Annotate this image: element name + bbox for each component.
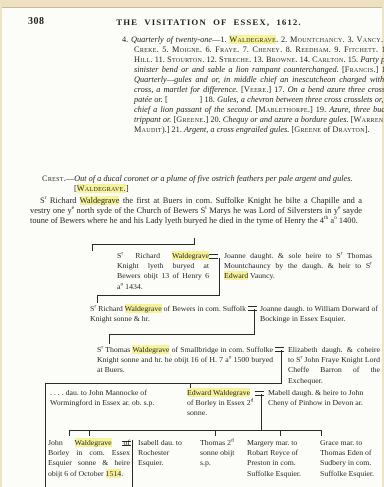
text-run: Argent, a cross engrailed gules. xyxy=(184,125,289,134)
marriage-sign xyxy=(255,391,264,396)
person-john-waldegrave: John Waldegrave of Borley in com. Essex … xyxy=(48,438,130,479)
text-run: Edward Waldegrave xyxy=(187,388,250,397)
spouse-joanne-mountchauncy: Joanne daught. & sole heire to Sr Thomas… xyxy=(224,251,372,282)
text-run: sonne obijt s.p. xyxy=(200,448,234,467)
text-run: Waldegrave xyxy=(132,345,169,354)
marriage-sign xyxy=(275,347,284,352)
text-run: . xyxy=(121,469,123,478)
text-run: Greene xyxy=(294,125,321,134)
text-run: . 8. xyxy=(280,45,295,54)
text-run: Richard xyxy=(123,251,172,260)
text-run: Creke xyxy=(134,45,157,54)
text-run: ).] 21. xyxy=(162,125,184,134)
text-run: Out of a ducal coronet or a plume of fiv… xyxy=(74,174,352,183)
text-run: ]. xyxy=(365,125,370,134)
text-run: .] 20. xyxy=(203,115,222,124)
text-run: r xyxy=(370,261,372,267)
text-run: Hill xyxy=(134,55,151,64)
text-run: sonne. xyxy=(187,408,207,417)
text-run: d xyxy=(231,437,234,443)
text-run: John Fraye Knight Lord Cheffe Barron of … xyxy=(288,355,380,384)
text-run: Drayton xyxy=(332,125,364,134)
text-run: Waldegrave xyxy=(125,304,162,313)
person-richard-waldegrave-of-bewers: Sr Richard Waldegrave of Bewers in com. … xyxy=(90,304,246,324)
text-run: . 14. xyxy=(295,55,312,64)
text-run: of xyxy=(321,125,332,134)
text-run: Carlton xyxy=(312,55,343,64)
text-run: Chequy or and azure a bordure gules. xyxy=(223,115,349,124)
text-run: Mountchancy xyxy=(290,35,343,44)
page-title: THE VISITATION OF ESSEX, 1612. xyxy=(2,17,382,27)
text-run: Fitchett xyxy=(344,45,376,54)
person-margery-reyce: Margery mar. to Robart Reyce of Preston … xyxy=(247,438,315,479)
text-run: north syde of the Church of Bewers S xyxy=(74,206,205,215)
text-run: Waldegrave xyxy=(229,35,276,44)
spouse-mabell-cheny: Mabell daugh. & heire to John Cheny of P… xyxy=(268,388,376,408)
text-run: . 12. xyxy=(202,55,219,64)
text-run: 4. xyxy=(122,35,131,44)
text-run: Quarterly of twenty-one xyxy=(131,35,212,44)
person-thomas-second-son: Thomas 2d sonne obijt s.p. xyxy=(200,438,240,469)
text-run: Isabell dau. to Rochester Esquier. xyxy=(138,438,182,467)
text-run: Margery mar. to Robart Reyce of Preston … xyxy=(247,438,301,478)
text-run: .] 17. xyxy=(266,85,287,94)
text-run: . 13. xyxy=(249,55,266,64)
text-run: Fraye xyxy=(215,45,237,54)
intro-paragraph: Sr Richard Waldegrave the first at Buers… xyxy=(30,196,362,227)
text-run: Grace mar. to Thomas Eden of Sudbery in … xyxy=(320,438,374,478)
person-richard-waldegrave-knight: Sr Richard Waldegrave Knight lyeth burye… xyxy=(117,251,209,292)
marriage-sign xyxy=(209,254,218,259)
text-run: Browne xyxy=(266,55,295,64)
text-run: Joanne daugh. to William Dorward of Bock… xyxy=(260,304,378,323)
text-run: Richard xyxy=(96,304,124,313)
text-run: Edward xyxy=(224,271,248,280)
text-run: Francis xyxy=(345,65,374,74)
text-run: Reedham xyxy=(295,45,328,54)
text-run: Waldegrave. xyxy=(77,184,126,193)
text-run: . 15. xyxy=(343,55,360,64)
book-page: 308 THE VISITATION OF ESSEX, 1612. 4. Qu… xyxy=(2,7,382,487)
text-run: Joanne daught. & sole heire to S xyxy=(224,251,341,260)
crest-paragraph: Crest.—Out of a ducal coronet or a plume… xyxy=(42,174,384,194)
text-run: [ ] 18. xyxy=(163,95,217,104)
text-run: .— xyxy=(64,174,74,183)
text-run: Vauncy. xyxy=(248,271,275,280)
text-run: Thomas xyxy=(103,345,132,354)
text-run: John xyxy=(48,438,75,447)
text-run: . 9. xyxy=(329,45,344,54)
arms-blazon-paragraph: 4. Quarterly of twenty-one—1. Waldegrave… xyxy=(122,35,384,135)
text-run: Waldegrave xyxy=(80,196,120,205)
text-run: Crest xyxy=(42,174,64,183)
person-edward-waldegrave-of-borley: Edward Waldegrave of Borley in Essex 2d … xyxy=(187,388,255,419)
text-run: Stourton xyxy=(167,55,202,64)
text-run: Maudit xyxy=(134,125,162,134)
spouse-joanne-dorward: Joanne daugh. to William Dorward of Bock… xyxy=(260,304,378,324)
text-run: . 6. xyxy=(200,45,215,54)
text-run: . . . . dau. to John Mannocke of Worming… xyxy=(50,388,154,407)
spouse-mannocke-daughter: . . . . dau. to John Mannocke of Worming… xyxy=(50,388,168,408)
text-run: . 3. xyxy=(343,35,357,44)
text-run: ] xyxy=(126,184,129,193)
text-run: —1. xyxy=(212,35,229,44)
person-thomas-waldegrave-of-smallbridge: Sr Thomas Waldegrave of Smallbridge in c… xyxy=(97,345,273,376)
text-run: Waldegrave xyxy=(75,438,112,447)
text-run: .] 16. xyxy=(373,65,384,74)
text-run: Warren xyxy=(353,115,383,124)
text-run: 1400. xyxy=(337,216,358,225)
text-run: Greene xyxy=(176,115,203,124)
text-run: d xyxy=(251,398,254,404)
text-run: Mabell daugh. & heire to John Cheny of P… xyxy=(268,388,363,407)
text-run: Veere xyxy=(244,85,267,94)
text-run: Mablethorpe xyxy=(258,105,308,114)
text-run: . 5. xyxy=(157,45,172,54)
text-run: . 7. xyxy=(237,45,252,54)
text-run: 1514 xyxy=(106,469,122,478)
marriage-sign xyxy=(248,306,257,311)
text-run: Marys he was Lord of Silversters in y xyxy=(207,206,338,215)
text-run: .] 19. xyxy=(308,105,329,114)
text-run: Thomas 2 xyxy=(200,438,231,447)
text-run: Streche xyxy=(219,55,249,64)
text-run: 1434. xyxy=(123,282,143,291)
spouse-elizabeth-fraye: Elizabeth daugh. & coheire to Sr John Fr… xyxy=(288,345,380,386)
person-grace-eden: Grace mar. to Thomas Eden of Sudbery in … xyxy=(320,438,380,479)
text-run: . 2. xyxy=(276,35,290,44)
spouse-isabell-rochester: Isabell dau. to Rochester Esquier. xyxy=(138,438,190,469)
text-run: Richard xyxy=(47,196,80,205)
text-run: . 10. xyxy=(376,45,384,54)
text-run: Vancy xyxy=(356,35,381,44)
text-run: Waldegrave xyxy=(172,251,209,260)
text-run: of Borley in Essex 2 xyxy=(187,398,251,407)
text-run: Moigne xyxy=(172,45,200,54)
text-run: . 11. xyxy=(151,55,168,64)
text-run: Cheney xyxy=(252,45,280,54)
